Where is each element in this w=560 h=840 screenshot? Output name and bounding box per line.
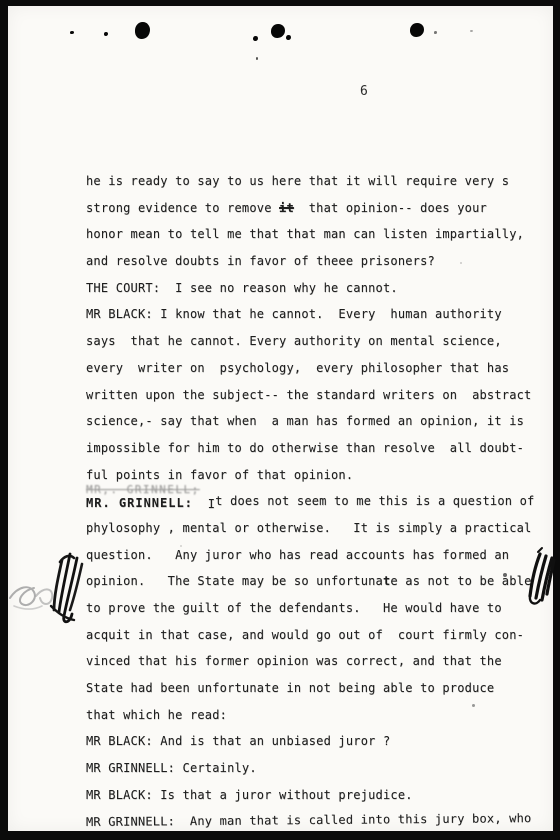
transcript-line: acquit in that case, and would go out of…: [86, 628, 526, 655]
ink-blob: [271, 24, 285, 38]
ink-blob: [253, 36, 258, 41]
transcript-line: every writer on psychology, every philos…: [86, 361, 526, 388]
ink-blob: [410, 23, 424, 37]
transcript-text-segment: that opinion-- does your: [294, 201, 487, 215]
scanned-transcript-screenshot: { "page": { "number": "6", "lines": [ {"…: [0, 0, 560, 840]
margin-scribble-left: [4, 548, 94, 638]
transcript-line: to prove the guilt of the defendants. He…: [86, 601, 526, 628]
transcript-line: honor mean to tell me that that man can …: [86, 227, 526, 254]
transcript-text-segment: [193, 494, 208, 508]
transcript-text-segment: and resolve doubts in favor of theee pri…: [86, 254, 435, 268]
transcript-line: State had been unfortunate in not being …: [86, 681, 526, 708]
transcript-text-segment: strong evidence to remove: [86, 201, 279, 215]
ink-blob: [135, 22, 150, 39]
transcript-text-segment: acquit in that case, and would go out of…: [86, 628, 524, 642]
transcript-text-segment: ful points in favor of that opinion.: [86, 468, 353, 482]
transcript-text-segment: MR. GRINNELL:: [86, 496, 193, 510]
transcript-text-segment: vinced that his former opinion was corre…: [86, 654, 502, 668]
transcript-text-segment: written upon the subject-- the standard …: [86, 388, 531, 402]
transcript-text-segment: honor mean to tell me that that man can …: [86, 227, 524, 241]
transcript-line: impossible for him to do otherwise than …: [86, 441, 526, 468]
overstruck-ghost-text: MR,. GRINNELL;: [86, 483, 200, 496]
transcript-line: MR BLACK: Is that a juror without prejud…: [86, 788, 526, 815]
transcript-line: phylosophy , mental or otherwise. It is …: [86, 521, 526, 548]
transcript-text-segment: that which he read:: [86, 708, 227, 722]
transcript-text-segment: phylosophy , mental or otherwise. It is …: [86, 521, 531, 535]
ink-blob: [470, 30, 473, 32]
transcript-line: MR,. GRINNELL;MR. GRINNELL: It does not …: [86, 494, 526, 521]
transcript-text-segment: MR GRINNELL: Certainly.: [86, 761, 257, 775]
page-number: 6: [360, 84, 368, 99]
transcript-line: vinced that his former opinion was corre…: [86, 654, 526, 681]
transcript-text-segment: he is ready to say to us here that it wi…: [86, 174, 509, 188]
transcript-text-segment: MR BLACK: I know that he cannot. Every h…: [86, 307, 502, 321]
transcript-text-segment: State had been unfortunate in not being …: [86, 681, 494, 695]
transcript-line: MR GRINNELL: Any man that is called into…: [86, 811, 526, 840]
ink-blob: [434, 31, 437, 34]
transcript-line: MR BLACK: I know that he cannot. Every h…: [86, 307, 526, 334]
ink-blob: [256, 57, 258, 60]
transcript-line: question. Any juror who has read account…: [86, 548, 526, 575]
ink-blob: [286, 35, 291, 40]
transcript-text-segment: impossible for him to do otherwise than …: [86, 441, 524, 455]
transcript-text-segment: it: [279, 201, 294, 215]
transcript-line: that which he read:: [86, 708, 526, 735]
transcript-text-segment: to prove the guilt of the defendants. He…: [86, 601, 502, 615]
transcript-text-segment: says that he cannot. Every authority on …: [86, 334, 502, 348]
transcript-text-segment: I: [208, 497, 215, 511]
transcript-line: strong evidence to remove it that opinio…: [86, 201, 526, 228]
document-page: 6 he is ready to say to us here that it …: [8, 6, 553, 831]
transcript-text-segment: MR BLACK: Is that a juror without prejud…: [86, 788, 413, 802]
transcript-line: he is ready to say to us here that it wi…: [86, 174, 526, 201]
ink-blob: [70, 31, 74, 34]
transcript-line: MR GRINNELL: Certainly.: [86, 761, 526, 788]
transcript-text-segment: question. Any juror who has read account…: [86, 548, 509, 562]
transcript: he is ready to say to us here that it wi…: [86, 174, 526, 840]
transcript-text-segment: every writer on psychology, every philos…: [86, 361, 509, 375]
transcript-line: opinion. The State may be so unfortunate…: [86, 574, 526, 601]
ink-blob: [104, 32, 108, 36]
transcript-text-segment: opinion. The State may be so unfortuna: [86, 574, 383, 588]
transcript-line: and resolve doubts in favor of theee pri…: [86, 254, 526, 281]
transcript-text-segment: THE COURT: I see no reason why he cannot…: [86, 281, 398, 295]
transcript-text-segment: e as not to be able: [390, 574, 531, 588]
transcript-line: THE COURT: I see no reason why he cannot…: [86, 281, 526, 308]
transcript-line: science,- say that when a man has formed…: [86, 414, 526, 441]
transcript-line: MR BLACK: And is that an unbiased juror …: [86, 734, 526, 761]
transcript-text-segment: science,- say that when a man has formed…: [86, 414, 524, 428]
transcript-line: written upon the subject-- the standard …: [86, 388, 526, 415]
transcript-text-segment: t does not seem to me this is a question…: [215, 494, 534, 508]
transcript-line: says that he cannot. Every authority on …: [86, 334, 526, 361]
transcript-text-segment: MR BLACK: And is that an unbiased juror …: [86, 734, 390, 748]
